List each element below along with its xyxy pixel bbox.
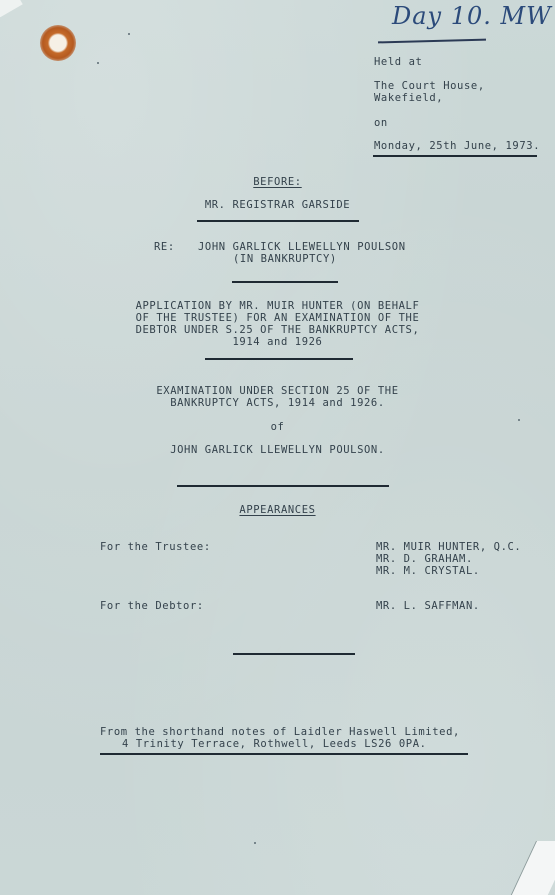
trustee-counsel: MR. D. GRAHAM. — [376, 553, 473, 565]
before-heading: BEFORE: — [0, 176, 555, 188]
footer-rule — [100, 753, 468, 755]
divider — [232, 281, 338, 283]
divider — [197, 220, 359, 222]
footer-line-1: From the shorthand notes of Laidler Hasw… — [100, 726, 460, 738]
torn-corner — [508, 841, 555, 895]
re-name: JOHN GARLICK LLEWELLYN POULSON — [198, 241, 406, 253]
registrar-name: MR. REGISTRAR GARSIDE — [0, 199, 555, 211]
application-line: OF THE TRUSTEE) FOR AN EXAMINATION OF TH… — [0, 312, 555, 324]
appearances-heading: APPEARANCES — [0, 504, 555, 516]
folded-corner — [0, 0, 23, 17]
debtor-label: For the Debtor: — [100, 600, 204, 612]
hearing-date: Monday, 25th June, 1973. — [374, 140, 540, 152]
re-status: (IN BANKRUPTCY) — [233, 253, 337, 265]
held-at-label: Held at — [374, 56, 422, 68]
re-label: RE: — [154, 241, 175, 253]
examination-line: BANKRUPTCY ACTS, 1914 and 1926. — [0, 397, 555, 409]
footer-line-2: 4 Trinity Terrace, Rothwell, Leeds LS26 … — [122, 738, 427, 750]
handwritten-underline — [378, 39, 486, 43]
divider — [233, 653, 355, 655]
punch-hole-icon — [40, 25, 76, 61]
document-page: Day 10. MW Held at The Court House, Wake… — [0, 0, 555, 895]
speck — [254, 842, 256, 844]
on-label: on — [374, 117, 388, 129]
examination-subject: JOHN GARLICK LLEWELLYN POULSON. — [0, 444, 555, 456]
handwritten-annotation: Day 10. MW — [392, 2, 552, 30]
trustee-counsel: MR. M. CRYSTAL. — [376, 565, 480, 577]
trustee-label: For the Trustee: — [100, 541, 211, 553]
application-line: APPLICATION BY MR. MUIR HUNTER (ON BEHAL… — [0, 300, 555, 312]
speck — [128, 33, 130, 35]
date-rule — [373, 155, 537, 157]
divider — [205, 358, 353, 360]
divider — [177, 485, 389, 487]
of-label: of — [0, 421, 555, 433]
trustee-counsel: MR. MUIR HUNTER, Q.C. — [376, 541, 521, 553]
debtor-counsel: MR. L. SAFFMAN. — [376, 600, 480, 612]
application-line: 1914 and 1926 — [0, 336, 555, 348]
speck — [97, 62, 99, 64]
examination-line: EXAMINATION UNDER SECTION 25 OF THE — [0, 385, 555, 397]
venue-line-1: The Court House, — [374, 80, 485, 92]
application-line: DEBTOR UNDER S.25 OF THE BANKRUPTCY ACTS… — [0, 324, 555, 336]
venue-line-2: Wakefield, — [374, 92, 443, 104]
